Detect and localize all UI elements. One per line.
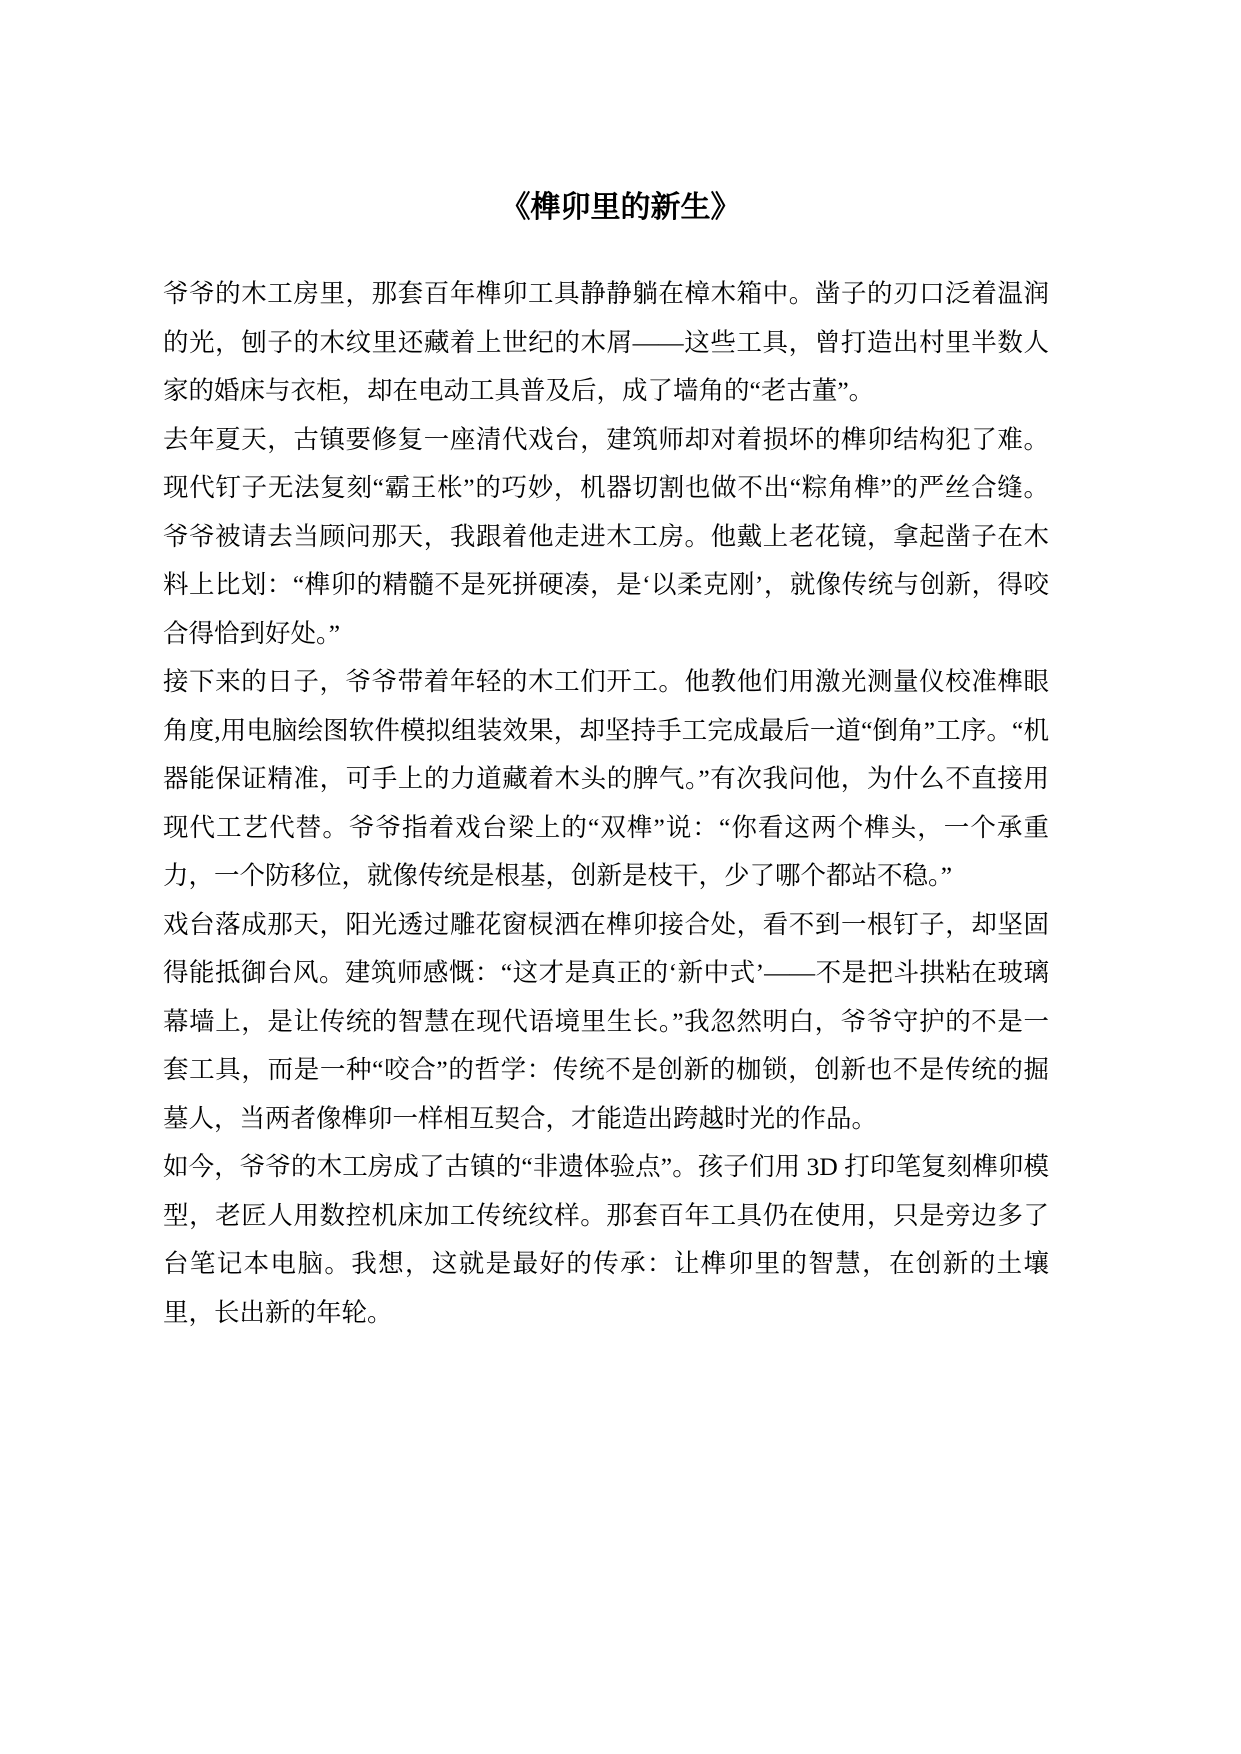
paragraph: 如今，爷爷的木工房成了古镇的“非遗体验点”。孩子们用 3D 打印笔复刻榫卯模型，… (163, 1143, 1049, 1337)
page-title: 《榫卯里的新生》 (0, 188, 1241, 228)
paragraph: 爷爷的木工房里，那套百年榫卯工具静静躺在樟木箱中。凿子的刃口泛着温润的光，刨子的… (163, 270, 1049, 416)
paragraph: 去年夏天，古镇要修复一座清代戏台，建筑师却对着损坏的榫卯结构犯了难。现代钉子无法… (163, 416, 1049, 659)
document-body: 爷爷的木工房里，那套百年榫卯工具静静躺在樟木箱中。凿子的刃口泛着温润的光，刨子的… (163, 270, 1049, 1337)
paragraph: 接下来的日子，爷爷带着年轻的木工们开工。他教他们用激光测量仪校准榫眼角度,用电脑… (163, 658, 1049, 901)
document-page: 《榫卯里的新生》 爷爷的木工房里，那套百年榫卯工具静静躺在樟木箱中。凿子的刃口泛… (0, 0, 1241, 1754)
paragraph: 戏台落成那天，阳光透过雕花窗棂洒在榫卯接合处，看不到一根钉子，却坚固得能抵御台风… (163, 901, 1049, 1144)
